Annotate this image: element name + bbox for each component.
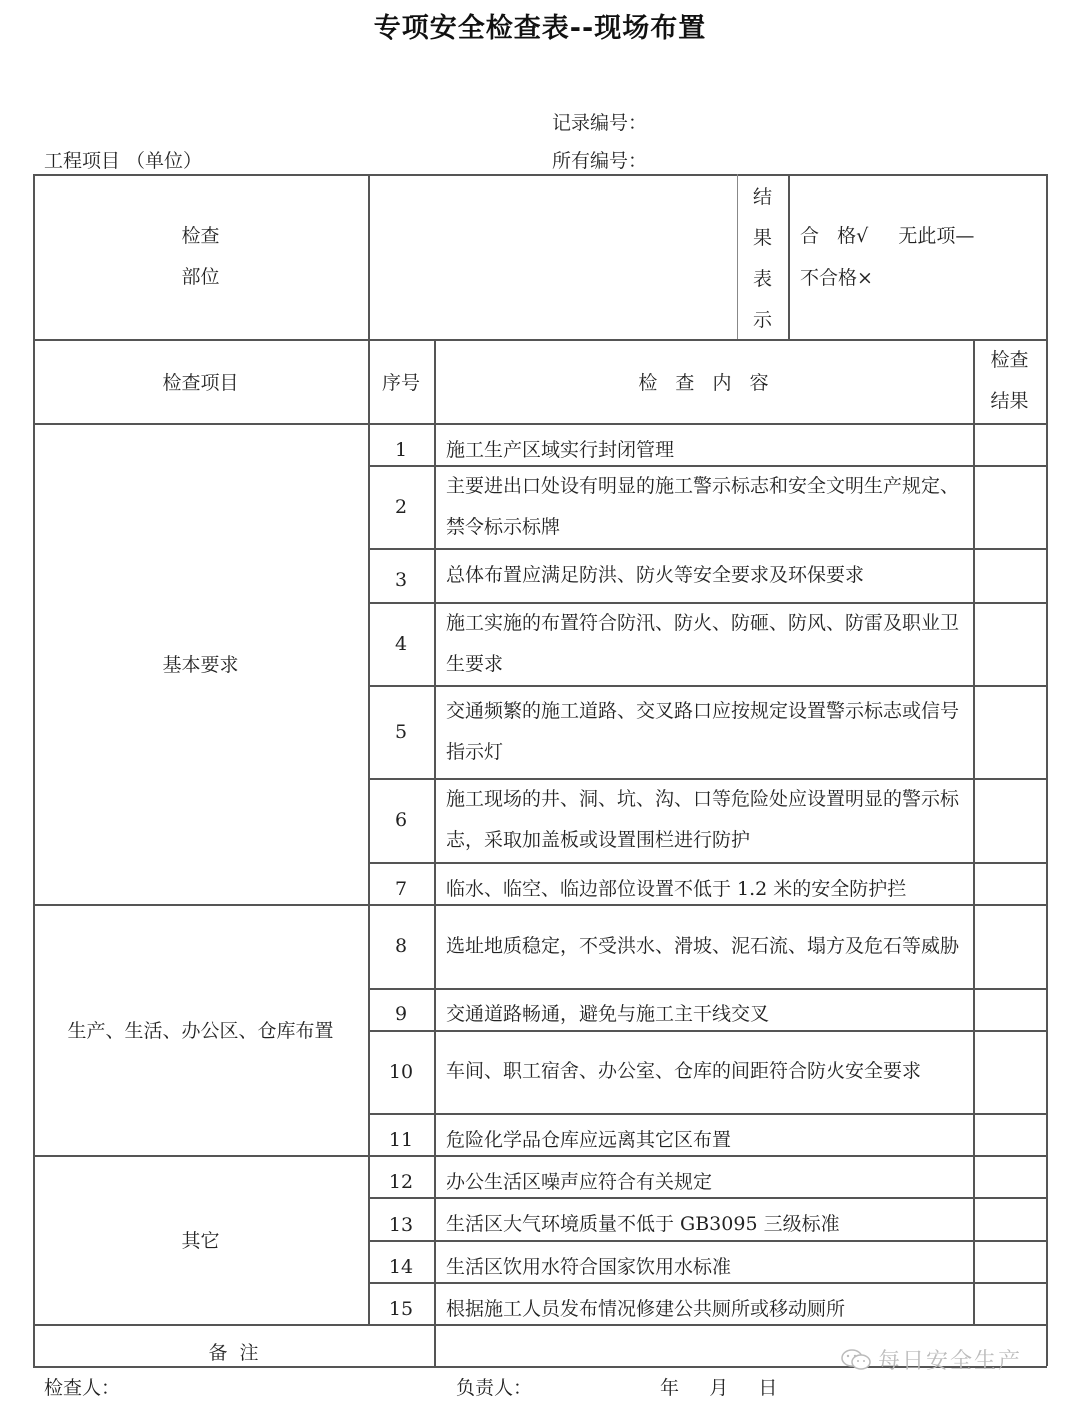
column-header-seq: 序号 xyxy=(368,339,434,423)
category-other: 其它 xyxy=(33,1155,368,1324)
item-seq: 14 xyxy=(368,1240,434,1282)
item-content: 交通频繁的施工道路、交叉路口应按规定设置警示标志或信号指示灯 xyxy=(434,685,973,778)
table-border-right xyxy=(1046,174,1048,1366)
item-result-input[interactable] xyxy=(973,1113,1046,1155)
item-seq: 9 xyxy=(368,988,434,1030)
item-content: 生活区大气环境质量不低于 GB3095 三级标准 xyxy=(434,1197,973,1240)
item-seq: 4 xyxy=(368,602,434,685)
item-result-input[interactable] xyxy=(973,602,1046,685)
date-label: 年 月 日 xyxy=(660,1373,777,1400)
notation-char: 结 xyxy=(753,177,772,218)
column-header-category: 检查项目 xyxy=(33,339,368,423)
item-seq: 12 xyxy=(368,1155,434,1197)
item-seq: 5 xyxy=(368,685,434,778)
item-result-input[interactable] xyxy=(973,1282,1046,1324)
column-header-result: 检查 结果 xyxy=(973,339,1046,423)
item-result-input[interactable] xyxy=(973,1155,1046,1197)
result-notation-label: 结 果 表 示 xyxy=(737,178,788,339)
item-result-input[interactable] xyxy=(973,465,1046,548)
inspection-site-label-line2: 部位 xyxy=(181,257,219,298)
item-content: 交通道路畅通，避免与施工主干线交叉 xyxy=(434,988,973,1030)
item-seq: 7 xyxy=(368,862,434,904)
remarks-label: 备 注 xyxy=(33,1324,434,1366)
result-legend: 合 格√ 无此项— 不合格× xyxy=(788,174,1046,339)
item-result-input[interactable] xyxy=(973,778,1046,862)
item-result-input[interactable] xyxy=(973,423,1046,465)
inspection-site-label: 检查 部位 xyxy=(33,174,368,339)
legend-fail: 不合格× xyxy=(800,257,873,299)
watermark-text: 每日安全生产 xyxy=(878,1344,1022,1375)
item-seq: 8 xyxy=(368,904,434,988)
item-seq: 2 xyxy=(368,465,434,548)
result-header-line1: 检查 xyxy=(990,340,1028,381)
wechat-icon xyxy=(840,1348,872,1372)
item-seq: 13 xyxy=(368,1197,434,1240)
item-result-input[interactable] xyxy=(973,904,1046,988)
column-header-content: 检 查 内 容 xyxy=(434,339,973,423)
item-result-input[interactable] xyxy=(973,1197,1046,1240)
item-seq: 1 xyxy=(368,423,434,465)
item-result-input[interactable] xyxy=(973,548,1046,602)
item-result-input[interactable] xyxy=(973,1240,1046,1282)
item-result-input[interactable] xyxy=(973,988,1046,1030)
item-content: 危险化学品仓库应远离其它区布置 xyxy=(434,1113,973,1155)
notation-char: 表 xyxy=(753,259,772,300)
inspector-label: 检查人： xyxy=(44,1373,120,1400)
item-seq: 11 xyxy=(368,1113,434,1155)
item-content: 施工现场的井、洞、坑、沟、口等危险处应设置明显的警示标志，采取加盖板或设置围栏进… xyxy=(434,778,973,862)
watermark: 每日安全生产 xyxy=(840,1344,1022,1375)
category-basic-requirements: 基本要求 xyxy=(33,423,368,904)
item-content: 办公生活区噪声应符合有关规定 xyxy=(434,1155,973,1197)
item-content: 临水、临空、临边部位设置不低于 1.2 米的安全防护拦 xyxy=(434,862,973,904)
item-seq: 15 xyxy=(368,1282,434,1324)
item-content: 车间、职工宿舍、办公室、仓库的间距符合防火安全要求 xyxy=(434,1030,973,1113)
item-content: 施工生产区域实行封闭管理 xyxy=(434,423,973,465)
item-seq: 6 xyxy=(368,778,434,862)
item-content: 根据施工人员发布情况修建公共厕所或移动厕所 xyxy=(434,1282,973,1324)
inspection-site-label-line1: 检查 xyxy=(181,216,219,257)
item-content: 施工实施的布置符合防汛、防火、防砸、防风、防雷及职业卫生要求 xyxy=(434,602,973,685)
item-result-input[interactable] xyxy=(973,685,1046,778)
item-content: 总体布置应满足防洪、防火等安全要求及环保要求 xyxy=(434,548,973,602)
item-content: 主要进出口处设有明显的施工警示标志和安全文明生产规定、禁令标示标牌 xyxy=(434,465,973,548)
notation-char: 示 xyxy=(753,300,772,341)
notation-char: 果 xyxy=(753,218,772,259)
inspection-site-input[interactable] xyxy=(368,174,737,339)
legend-pass-na: 合 格√ 无此项— xyxy=(800,215,974,257)
item-seq: 3 xyxy=(368,548,434,602)
item-result-input[interactable] xyxy=(973,1030,1046,1113)
item-result-input[interactable] xyxy=(973,862,1046,904)
category-facility-layout: 生产、生活、办公区、仓库布置 xyxy=(33,904,368,1155)
item-content: 选址地质稳定，不受洪水、滑坡、泥石流、塌方及危石等威胁 xyxy=(434,904,973,988)
item-seq: 10 xyxy=(368,1030,434,1113)
item-content: 生活区饮用水符合国家饮用水标准 xyxy=(434,1240,973,1282)
result-header-line2: 结果 xyxy=(990,381,1028,422)
responsible-label: 负责人： xyxy=(456,1373,532,1400)
